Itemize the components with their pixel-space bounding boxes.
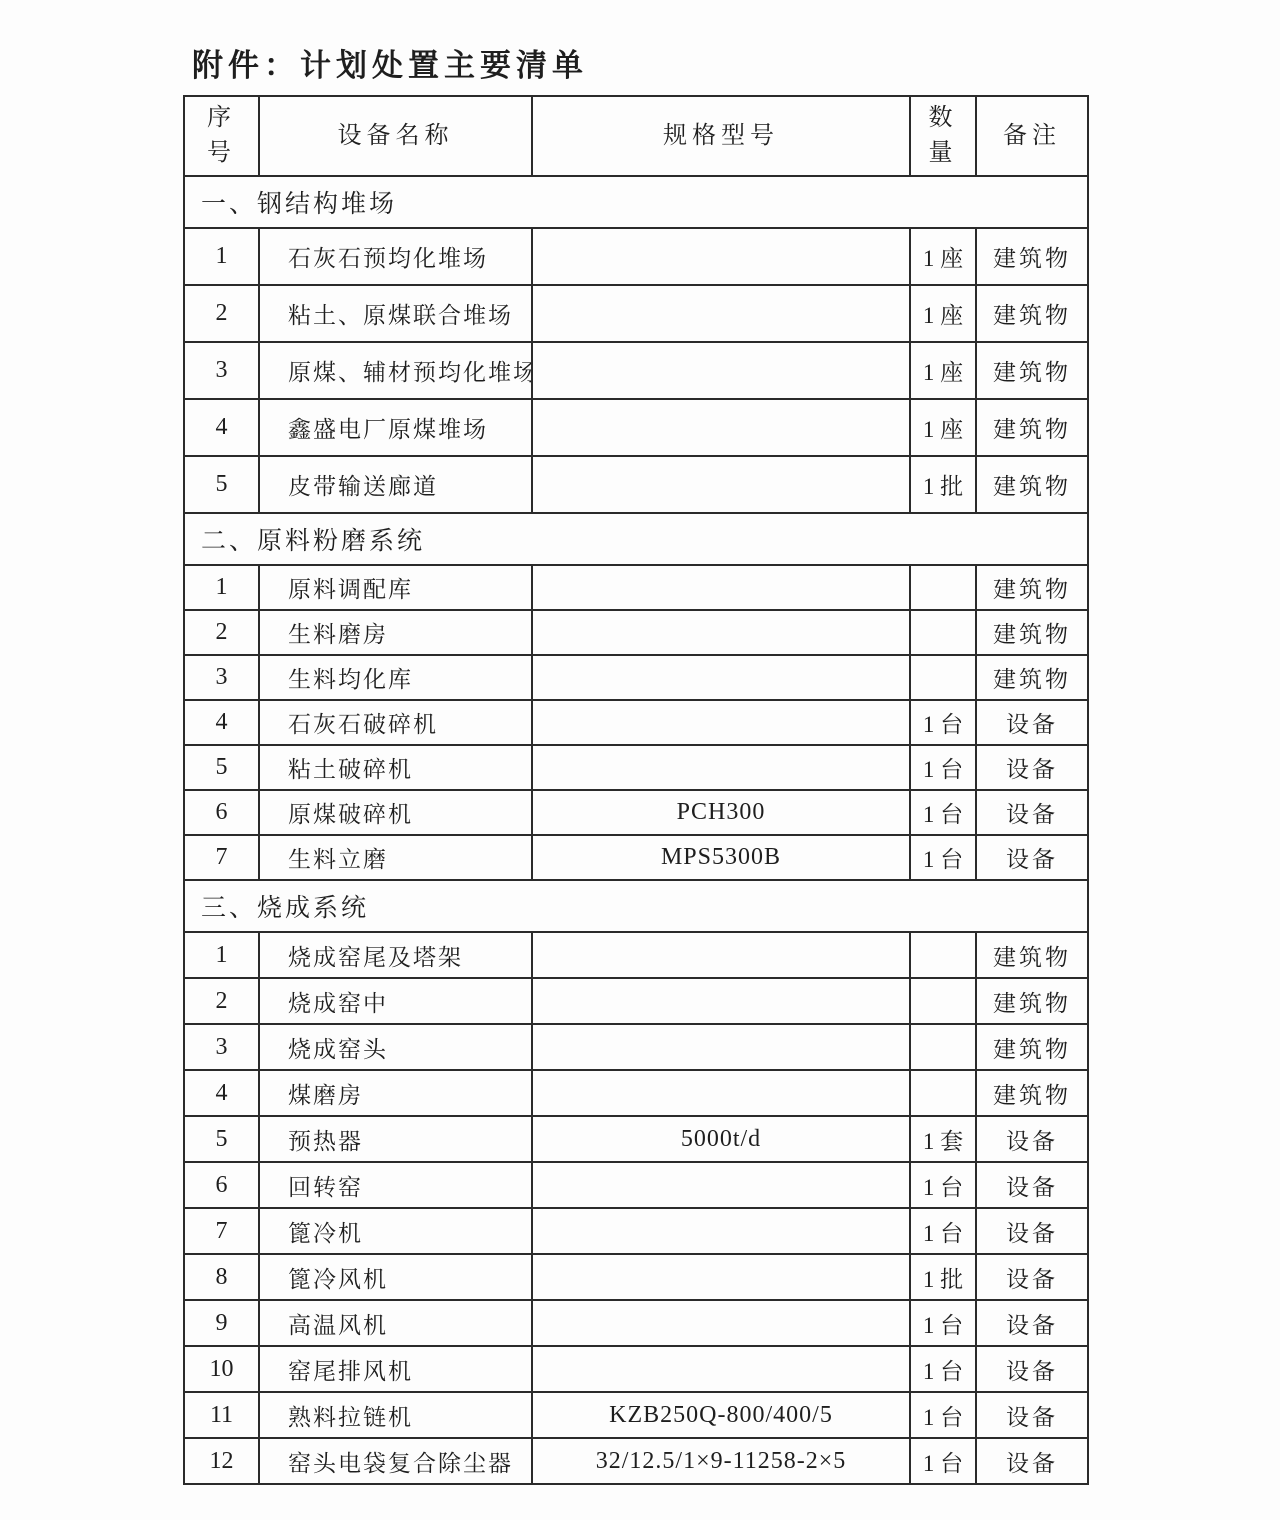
- table-row: 5 皮带输送廊道 1 批 建筑物: [184, 456, 1088, 513]
- row-qty: 1 台: [910, 835, 976, 880]
- row-note: 设备: [976, 1392, 1088, 1438]
- row-name: 回转窑: [259, 1162, 532, 1208]
- row-qty: 1 批: [910, 1254, 976, 1300]
- row-name: 粘土、原煤联合堆场: [259, 285, 532, 342]
- row-no: 5: [184, 745, 259, 790]
- row-qty: 1 批: [910, 456, 976, 513]
- section-title: 二、原料粉磨系统: [184, 513, 1088, 565]
- row-spec: [532, 655, 910, 700]
- row-no: 4: [184, 399, 259, 456]
- table-row: 1 原料调配库 建筑物: [184, 565, 1088, 610]
- section-row: 一、钢结构堆场: [184, 176, 1088, 228]
- row-qty: 1 座: [910, 285, 976, 342]
- table-row: 12 窑头电袋复合除尘器 32/12.5/1×9-11258-2×5 1 台 设…: [184, 1438, 1088, 1484]
- table-row: 6 回转窑 1 台 设备: [184, 1162, 1088, 1208]
- row-no: 10: [184, 1346, 259, 1392]
- row-name: 原煤、辅材预均化堆场: [259, 342, 532, 399]
- row-qty: 1 台: [910, 700, 976, 745]
- table-body: 一、钢结构堆场 1 石灰石预均化堆场 1 座 建筑物 2 粘土、原煤联合堆场 1…: [184, 176, 1088, 1484]
- row-no: 5: [184, 1116, 259, 1162]
- row-no: 5: [184, 456, 259, 513]
- row-name: 熟料拉链机: [259, 1392, 532, 1438]
- row-qty: 1 台: [910, 745, 976, 790]
- row-name: 煤磨房: [259, 1070, 532, 1116]
- row-name: 原料调配库: [259, 565, 532, 610]
- header-cell-spec: 规格型号: [532, 96, 910, 176]
- row-name: 鑫盛电厂原煤堆场: [259, 399, 532, 456]
- row-spec: [532, 1024, 910, 1070]
- header-cell-name: 设备名称: [259, 96, 532, 176]
- row-name: 烧成窑头: [259, 1024, 532, 1070]
- row-no: 1: [184, 932, 259, 978]
- row-name: 窑尾排风机: [259, 1346, 532, 1392]
- row-no: 2: [184, 978, 259, 1024]
- row-no: 8: [184, 1254, 259, 1300]
- row-spec: [532, 1346, 910, 1392]
- row-qty: 1 台: [910, 1208, 976, 1254]
- table-header-row: 序号 设备名称 规格型号 数量 备注: [184, 96, 1088, 176]
- row-no: 4: [184, 1070, 259, 1116]
- row-no: 3: [184, 342, 259, 399]
- row-no: 12: [184, 1438, 259, 1484]
- row-name: 石灰石破碎机: [259, 700, 532, 745]
- row-name: 生料磨房: [259, 610, 532, 655]
- row-spec: [532, 978, 910, 1024]
- row-note: 建筑物: [976, 1024, 1088, 1070]
- row-spec: [532, 1162, 910, 1208]
- table-row: 9 高温风机 1 台 设备: [184, 1300, 1088, 1346]
- document-page: 附件：计划处置主要清单 序号 设备名称 规格型号 数量 备注 一、钢结构堆场 1…: [0, 0, 1280, 1520]
- row-name: 皮带输送廊道: [259, 456, 532, 513]
- row-no: 6: [184, 1162, 259, 1208]
- header-cell-note: 备注: [976, 96, 1088, 176]
- row-qty: 1 座: [910, 399, 976, 456]
- row-note: 设备: [976, 1208, 1088, 1254]
- section-title: 三、烧成系统: [184, 880, 1088, 932]
- row-note: 建筑物: [976, 228, 1088, 285]
- row-note: 设备: [976, 1254, 1088, 1300]
- table-row: 2 粘土、原煤联合堆场 1 座 建筑物: [184, 285, 1088, 342]
- row-qty: [910, 565, 976, 610]
- section-title: 一、钢结构堆场: [184, 176, 1088, 228]
- row-no: 7: [184, 835, 259, 880]
- table-row: 7 生料立磨 MPS5300B 1 台 设备: [184, 835, 1088, 880]
- row-name: 高温风机: [259, 1300, 532, 1346]
- table-row: 4 鑫盛电厂原煤堆场 1 座 建筑物: [184, 399, 1088, 456]
- row-no: 1: [184, 565, 259, 610]
- row-spec: [532, 399, 910, 456]
- row-note: 建筑物: [976, 342, 1088, 399]
- row-note: 设备: [976, 745, 1088, 790]
- row-note: 建筑物: [976, 655, 1088, 700]
- row-spec: [532, 1070, 910, 1116]
- row-note: 建筑物: [976, 285, 1088, 342]
- row-qty: 1 台: [910, 1162, 976, 1208]
- row-spec: [532, 285, 910, 342]
- row-name: 粘土破碎机: [259, 745, 532, 790]
- row-spec: [532, 1254, 910, 1300]
- row-spec: [532, 1300, 910, 1346]
- row-qty: 1 座: [910, 342, 976, 399]
- table-row: 3 原煤、辅材预均化堆场 1 座 建筑物: [184, 342, 1088, 399]
- table-row: 2 生料磨房 建筑物: [184, 610, 1088, 655]
- row-note: 设备: [976, 1438, 1088, 1484]
- header-cell-serial: 序号: [184, 96, 259, 176]
- row-no: 2: [184, 610, 259, 655]
- row-name: 预热器: [259, 1116, 532, 1162]
- table-row: 7 篦冷机 1 台 设备: [184, 1208, 1088, 1254]
- row-qty: 1 台: [910, 1392, 976, 1438]
- row-name: 原煤破碎机: [259, 790, 532, 835]
- row-spec: [532, 456, 910, 513]
- row-note: 建筑物: [976, 978, 1088, 1024]
- page-title: 附件：计划处置主要清单: [192, 40, 588, 85]
- row-qty: [910, 610, 976, 655]
- table-row: 3 生料均化库 建筑物: [184, 655, 1088, 700]
- row-note: 设备: [976, 835, 1088, 880]
- row-note: 建筑物: [976, 565, 1088, 610]
- row-spec: [532, 700, 910, 745]
- row-spec: PCH300: [532, 790, 910, 835]
- row-spec: 32/12.5/1×9-11258-2×5: [532, 1438, 910, 1484]
- table-row: 1 烧成窑尾及塔架 建筑物: [184, 932, 1088, 978]
- row-qty: 1 台: [910, 790, 976, 835]
- row-name: 生料立磨: [259, 835, 532, 880]
- row-spec: [532, 1208, 910, 1254]
- row-spec: [532, 342, 910, 399]
- equipment-table: 序号 设备名称 规格型号 数量 备注 一、钢结构堆场 1 石灰石预均化堆场 1 …: [183, 95, 1089, 1485]
- row-note: 设备: [976, 790, 1088, 835]
- row-no: 4: [184, 700, 259, 745]
- row-qty: [910, 1024, 976, 1070]
- row-name: 烧成窑中: [259, 978, 532, 1024]
- section-row: 三、烧成系统: [184, 880, 1088, 932]
- row-name: 烧成窑尾及塔架: [259, 932, 532, 978]
- row-no: 3: [184, 1024, 259, 1070]
- row-qty: 1 座: [910, 228, 976, 285]
- row-note: 建筑物: [976, 399, 1088, 456]
- section-row: 二、原料粉磨系统: [184, 513, 1088, 565]
- row-spec: MPS5300B: [532, 835, 910, 880]
- row-no: 7: [184, 1208, 259, 1254]
- row-no: 1: [184, 228, 259, 285]
- row-qty: [910, 655, 976, 700]
- table-row: 2 烧成窑中 建筑物: [184, 978, 1088, 1024]
- table-row: 5 预热器 5000t/d 1 套 设备: [184, 1116, 1088, 1162]
- row-note: 建筑物: [976, 456, 1088, 513]
- table-row: 1 石灰石预均化堆场 1 座 建筑物: [184, 228, 1088, 285]
- row-name: 石灰石预均化堆场: [259, 228, 532, 285]
- row-note: 设备: [976, 1300, 1088, 1346]
- row-name: 篦冷机: [259, 1208, 532, 1254]
- header-cell-qty: 数量: [910, 96, 976, 176]
- table-row: 8 篦冷风机 1 批 设备: [184, 1254, 1088, 1300]
- row-spec: 5000t/d: [532, 1116, 910, 1162]
- row-spec: [532, 610, 910, 655]
- row-note: 设备: [976, 1116, 1088, 1162]
- row-note: 设备: [976, 700, 1088, 745]
- row-no: 9: [184, 1300, 259, 1346]
- row-qty: 1 台: [910, 1346, 976, 1392]
- row-qty: [910, 932, 976, 978]
- row-note: 建筑物: [976, 1070, 1088, 1116]
- row-name: 篦冷风机: [259, 1254, 532, 1300]
- row-spec: [532, 932, 910, 978]
- row-note: 设备: [976, 1162, 1088, 1208]
- row-spec: [532, 745, 910, 790]
- row-qty: 1 台: [910, 1300, 976, 1346]
- row-no: 11: [184, 1392, 259, 1438]
- row-spec: [532, 228, 910, 285]
- row-name: 窑头电袋复合除尘器: [259, 1438, 532, 1484]
- row-qty: [910, 1070, 976, 1116]
- row-note: 设备: [976, 1346, 1088, 1392]
- row-note: 建筑物: [976, 610, 1088, 655]
- row-qty: 1 套: [910, 1116, 976, 1162]
- table-row: 3 烧成窑头 建筑物: [184, 1024, 1088, 1070]
- table-row: 11 熟料拉链机 KZB250Q-800/400/5 1 台 设备: [184, 1392, 1088, 1438]
- row-qty: 1 台: [910, 1438, 976, 1484]
- table-row: 6 原煤破碎机 PCH300 1 台 设备: [184, 790, 1088, 835]
- row-no: 2: [184, 285, 259, 342]
- table-row: 4 煤磨房 建筑物: [184, 1070, 1088, 1116]
- row-name: 生料均化库: [259, 655, 532, 700]
- table-row: 10 窑尾排风机 1 台 设备: [184, 1346, 1088, 1392]
- row-qty: [910, 978, 976, 1024]
- table-row: 4 石灰石破碎机 1 台 设备: [184, 700, 1088, 745]
- row-no: 3: [184, 655, 259, 700]
- row-no: 6: [184, 790, 259, 835]
- table-row: 5 粘土破碎机 1 台 设备: [184, 745, 1088, 790]
- row-spec: [532, 565, 910, 610]
- row-note: 建筑物: [976, 932, 1088, 978]
- row-spec: KZB250Q-800/400/5: [532, 1392, 910, 1438]
